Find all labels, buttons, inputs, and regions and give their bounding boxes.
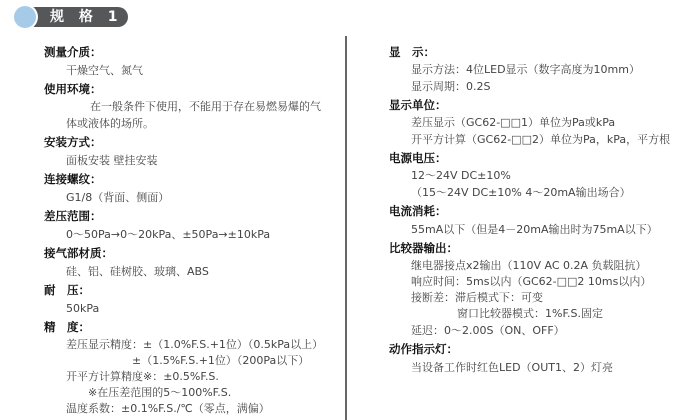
- spec-heading: 显 示：: [389, 43, 700, 62]
- spec-value: 窗口比较器模式：1%F.S.固定: [389, 306, 700, 322]
- spec-heading: 电源电压：: [389, 149, 700, 168]
- spec-current: 电流消耗： 55mA以下（但是4－20mA输出时为75mA以下）: [389, 202, 700, 239]
- spec-value: 开平方计算精度※：±0.5%F.S.: [44, 369, 340, 385]
- spec-heading: 测量介质：: [44, 43, 340, 62]
- spec-value: 开平方计算（GC62-□□2）单位为Pa，kPa，平方根: [389, 131, 700, 149]
- spec-heading: 耐 压：: [44, 281, 340, 300]
- spec-value: ※在压差范围的5～100%F.S.: [44, 385, 340, 401]
- header-circle-icon: [14, 6, 36, 28]
- spec-medium: 测量介质： 干燥空气、氮气: [44, 43, 340, 80]
- spec-value: 体或液体的场所。: [44, 115, 340, 133]
- spec-unit: 显示单位： 差压显示（GC62-□□1）单位为Pa或kPa 开平方计算（GC62…: [389, 96, 700, 149]
- spec-comparator: 比较器输出： 继电器接点x2输出（110V AC 0.2A 负载阻抗） 响应时间…: [389, 239, 700, 340]
- spec-value: 50kPa: [44, 300, 340, 318]
- spec-mounting: 安装方式： 面板安装 壁挂安装: [44, 133, 340, 170]
- spec-heading: 电流消耗：: [389, 202, 700, 221]
- spec-value: 面板安装 壁挂安装: [44, 152, 340, 170]
- section-header-badge: 规 格 1: [14, 6, 128, 28]
- spec-value: 0～50Pa→0～20kPa、±50Pa→±10kPa: [44, 226, 340, 244]
- spec-value: 接断差：滞后模式下：可变: [389, 290, 700, 306]
- spec-heading: 安装方式：: [44, 133, 340, 152]
- spec-value: 当设备工作时红色LED（OUT1、2）灯亮: [389, 359, 700, 377]
- spec-heading: 动作指示灯：: [389, 340, 700, 359]
- spec-heading: 接气部材质：: [44, 244, 340, 263]
- spec-value: 显示周期：0.2S: [389, 78, 700, 96]
- spec-value: 55mA以下（但是4－20mA输出时为75mA以下）: [389, 221, 700, 239]
- spec-value: ±（1.5%F.S.+1位）（200Pa以下）: [44, 353, 340, 369]
- spec-heading: 比较器输出：: [389, 239, 700, 258]
- spec-column-left: 测量介质： 干燥空气、氮气 使用环境： 在一般条件下使用，不能用于存在易燃易爆的…: [44, 43, 340, 417]
- spec-withstand: 耐 压： 50kPa: [44, 281, 340, 318]
- column-divider: [345, 36, 347, 420]
- spec-value: 硅、铝、硅树胶、玻璃、ABS: [44, 263, 340, 281]
- spec-column-right: 显 示： 显示方法：4位LED显示（数字高度为10mm） 显示周期：0.2S 显…: [389, 43, 700, 377]
- spec-value: 差压显示（GC62-□□1）单位为Pa或kPa: [389, 115, 700, 131]
- spec-value: 延迟：0～2.00S（ON、OFF）: [389, 322, 700, 340]
- spec-value: 显示方法：4位LED显示（数字高度为10mm）: [389, 62, 700, 78]
- spec-value: 继电器接点x2输出（110V AC 0.2A 负载阻抗）: [389, 258, 700, 274]
- spec-heading: 使用环境：: [44, 80, 340, 99]
- spec-value: 12～24V DC±10%: [389, 168, 700, 184]
- spec-heading: 差压范围：: [44, 207, 340, 226]
- spec-accuracy: 精 度： 差压显示精度：±（1.0%F.S.+1位）（0.5kPa以上） ±（1…: [44, 318, 340, 417]
- spec-value: 差压显示精度：±（1.0%F.S.+1位）（0.5kPa以上）: [44, 337, 340, 353]
- spec-voltage: 电源电压： 12～24V DC±10% （15～24V DC±10% 4～20m…: [389, 149, 700, 202]
- spec-environment: 使用环境： 在一般条件下使用，不能用于存在易燃易爆的气 体或液体的场所。: [44, 80, 340, 133]
- spec-value: （15～24V DC±10% 4～20mA输出场合）: [389, 184, 700, 202]
- spec-thread: 连接螺纹： G1/8（背面、侧面）: [44, 170, 340, 207]
- spec-indicator: 动作指示灯： 当设备工作时红色LED（OUT1、2）灯亮: [389, 340, 700, 377]
- spec-material: 接气部材质： 硅、铝、硅树胶、玻璃、ABS: [44, 244, 340, 281]
- spec-value: 响应时间：5ms以内（GC62-□□2 10ms以内）: [389, 274, 700, 290]
- spec-range: 差压范围： 0～50Pa→0～20kPa、±50Pa→±10kPa: [44, 207, 340, 244]
- spec-value: 干燥空气、氮气: [44, 62, 340, 80]
- section-title: 规 格 1: [50, 8, 123, 26]
- spec-value: 在一般条件下使用，不能用于存在易燃易爆的气: [44, 99, 340, 115]
- spec-value: 温度系数：±0.1%F.S./℃（零点，满偏）: [44, 401, 340, 417]
- spec-heading: 连接螺纹：: [44, 170, 340, 189]
- spec-value: G1/8（背面、侧面）: [44, 189, 340, 207]
- spec-heading: 精 度：: [44, 318, 340, 337]
- spec-display: 显 示： 显示方法：4位LED显示（数字高度为10mm） 显示周期：0.2S: [389, 43, 700, 96]
- spec-heading: 显示单位：: [389, 96, 700, 115]
